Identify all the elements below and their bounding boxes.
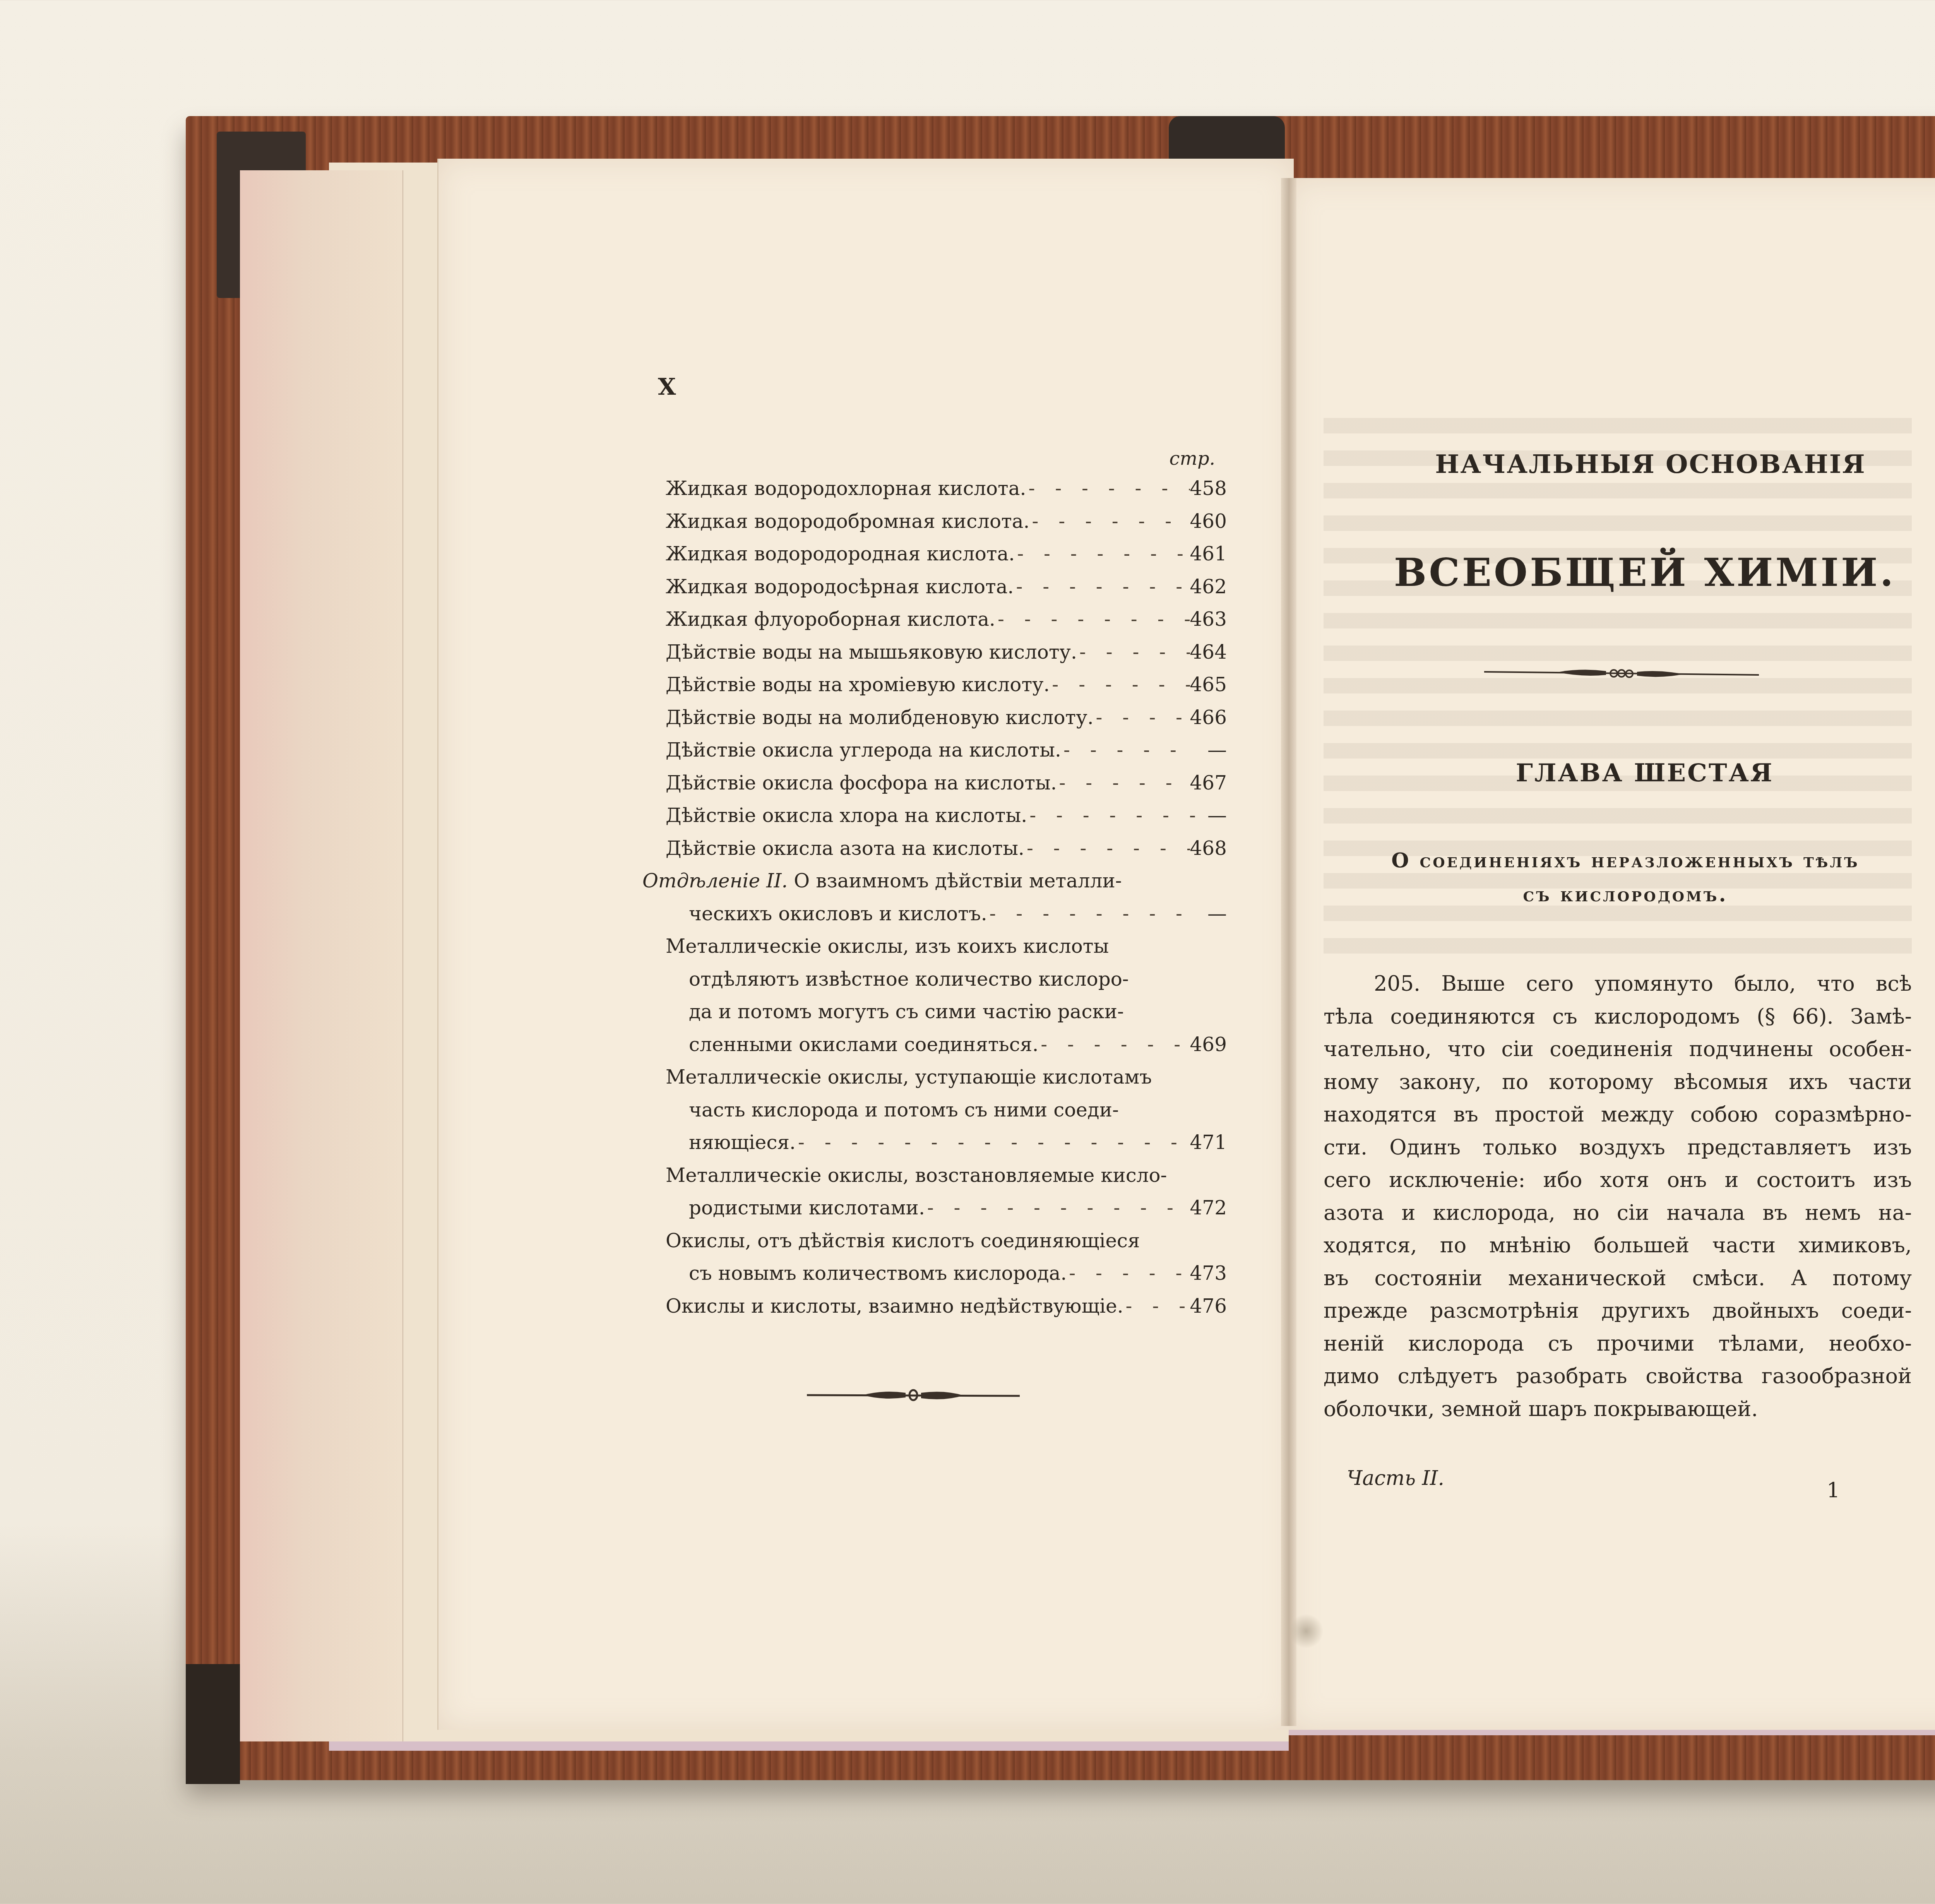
toc-entry-title: отдѣляютъ извѣстное количество кислоро-: [689, 963, 1129, 996]
toc-entry-title: да и потомъ могутъ съ сими частію раски-: [689, 995, 1124, 1028]
toc-entry: Дѣйствіе воды на хроміевую кислоту. - - …: [642, 668, 1227, 701]
body-line: сего исключеніе: ибо хотя онъ и состоитъ…: [1324, 1164, 1912, 1197]
toc-entry-title: Жидкая флуороборная кислота.: [666, 603, 995, 636]
toc-entry-title: Металлическіе окислы, уступающіе кислота…: [666, 1061, 1152, 1094]
toc-page-number: 473: [1190, 1257, 1227, 1290]
toc-dot-leader: - - - - - - - - - - - - - - - - - - - - …: [1024, 832, 1190, 865]
toc-dot-leader: - - - - - - - - - - - - - - - - - - - - …: [1038, 1028, 1190, 1061]
toc-entry: ческихъ окисловъ и кислотъ. - - - - - - …: [642, 897, 1227, 930]
toc-dot-leader: - - - - - - - - - - - - - - - - - - - - …: [1050, 668, 1190, 701]
toc-entry-title: Дѣйствіе окисла фосфора на кислоты.: [666, 767, 1057, 800]
toc-page-number: 466: [1190, 701, 1227, 734]
toc-entry-title: сленными окислами соединяться.: [689, 1028, 1038, 1061]
toc-entry-title: Окислы, отъ дѣйствія кислотъ соединяющіе…: [666, 1224, 1140, 1257]
toc-entry-title: Дѣйствіе воды на молибденовую кислоту.: [666, 701, 1094, 734]
body-line: оболочки, земной шаръ покрывающей.: [1324, 1393, 1912, 1426]
toc-page-number: —: [1196, 799, 1227, 832]
toc-entry-title: Дѣйствіе окисла азота на кислоты.: [666, 832, 1024, 865]
body-line: чательно, что сіи соединенія подчинены о…: [1324, 1033, 1912, 1066]
body-line: неній кислорода съ прочими тѣлами, необх…: [1324, 1327, 1912, 1360]
toc-entry: Окислы, отъ дѣйствія кислотъ соединяющіе…: [642, 1224, 1227, 1257]
chapter-subtitle-line: О соединеніяхъ неразложенныхъ тѣлъ: [1324, 844, 1927, 878]
toc-entry: Жидкая водородохлорная кислота. - - - - …: [642, 472, 1227, 505]
toc-entry-title: Металлическіе окислы, возстановляемые ки…: [666, 1159, 1167, 1192]
toc-dot-leader: - - - - - - - - - - - - - - - - - - - - …: [1067, 1257, 1190, 1290]
body-line: азота и кислорода, но сіи начала въ немъ…: [1324, 1197, 1912, 1229]
toc-entry-title: ческихъ окисловъ и кислотъ.: [689, 897, 987, 930]
toc-entry: Дѣйствіе окисла углерода на кислоты. - -…: [642, 734, 1227, 767]
toc-entry: Металлическіе окислы, изъ коихъ кислоты: [642, 930, 1227, 963]
toc-entry: да и потомъ могутъ съ сими частію раски-: [642, 995, 1227, 1028]
toc-entry: Металлическіе окислы, возстановляемые ки…: [642, 1159, 1227, 1192]
toc-page-number: 462: [1190, 570, 1227, 603]
body-paragraph: 205. Выше сего упомянуто было, что всѣтѣ…: [1324, 967, 1912, 1425]
ornament-divider: [805, 1387, 1022, 1403]
toc-dot-leader: - - - - - - - - - - - - - - - - - - - - …: [1061, 734, 1196, 767]
toc-section-label: Отдѣленіе II.: [642, 865, 788, 897]
toc-page-number: —: [1196, 897, 1227, 930]
toc-page-number: 464: [1190, 636, 1227, 669]
toc-entry-title: О взаимномъ дѣйствіи металли-: [794, 865, 1122, 897]
toc-page-number: 460: [1190, 505, 1227, 538]
toc-entry: Дѣйствіе окисла хлора на кислоты. - - - …: [642, 799, 1227, 832]
toc-entry-title: родистыми кислотами.: [689, 1192, 925, 1224]
toc-entry: Дѣйствіе окисла азота на кислоты. - - - …: [642, 832, 1227, 865]
toc-dot-leader: - - - - - - - - - - - - - - - - - - - - …: [1026, 472, 1190, 505]
toc-dot-leader: - - - - - - - - - - - - - - - - - - - - …: [987, 897, 1196, 930]
toc-page-number: —: [1196, 734, 1227, 767]
toc-entry: няющіеся. - - - - - - - - - - - - - - - …: [642, 1126, 1227, 1159]
toc-page-number: 467: [1190, 767, 1227, 800]
toc-entry-title: Дѣйствіе окисла хлора на кислоты.: [666, 799, 1027, 832]
toc-entry: отдѣляютъ извѣстное количество кислоро-: [642, 963, 1227, 996]
toc-page-number: 463: [1190, 603, 1227, 636]
endpaper: [240, 170, 403, 1741]
signature-mark: Часть II.: [1347, 1467, 1444, 1490]
toc-page-number: 458: [1190, 472, 1227, 505]
toc-dot-leader: - - - - - - - - - - - - - - - - - - - - …: [1094, 701, 1190, 734]
toc-dot-leader: - - - - - - - - - - - - - - - - - - - - …: [1014, 570, 1190, 603]
body-line: димо слѣдуетъ разобрать свойства газообр…: [1324, 1360, 1912, 1393]
toc-entry: Жидкая флуороборная кислота. - - - - - -…: [642, 603, 1227, 636]
body-line: ному закону, по которому вѣсомыя ихъ час…: [1324, 1066, 1912, 1099]
body-line: 205. Выше сего упомянуто было, что всѣ: [1324, 967, 1912, 1000]
toc-dot-leader: - - - - - - - - - - - - - - - - - - - - …: [1123, 1290, 1190, 1323]
toc-dot-leader: - - - - - - - - - - - - - - - - - - - - …: [796, 1126, 1190, 1159]
toc-dot-leader: - - - - - - - - - - - - - - - - - - - - …: [1057, 767, 1190, 800]
toc-page-number: 472: [1190, 1192, 1227, 1224]
toc-page-number: 468: [1190, 832, 1227, 865]
toc-entry-title: Жидкая водородосѣрная кислота.: [666, 570, 1014, 603]
toc-entry-title: Дѣйствіе воды на хроміевую кислоту.: [666, 668, 1050, 701]
toc-page-number: 465: [1190, 668, 1227, 701]
page-number: 1: [1827, 1478, 1840, 1503]
toc-page-column-header: стр.: [642, 445, 1227, 472]
chapter-subtitle-line: съ кислородомъ.: [1324, 878, 1927, 912]
toc-entry: Жидкая водородобромная кислота. - - - - …: [642, 505, 1227, 538]
body-line: прежде разсмотрѣнія другихъ двойныхъ сое…: [1324, 1294, 1912, 1327]
toc-entry-title: няющіеся.: [689, 1126, 796, 1159]
page-marker: X: [658, 373, 676, 401]
toc-entry: Дѣйствіе воды на мышьяковую кислоту. - -…: [642, 636, 1227, 669]
toc-entry-title: Дѣйствіе окисла углерода на кислоты.: [666, 734, 1061, 767]
body-line: тѣла соединяются съ кислородомъ (§ 66). …: [1324, 1000, 1912, 1033]
body-line: ходятся, по мнѣнію большей части химиков…: [1324, 1229, 1912, 1262]
body-line: сти. Одинъ только воздухъ представляетъ …: [1324, 1131, 1912, 1164]
cover-corner-leather: [186, 1664, 240, 1784]
toc-entry-title: часть кислорода и потомъ съ ними соеди-: [689, 1094, 1119, 1127]
toc-entry-title: Жидкая водородородная кислота.: [666, 538, 1015, 570]
book-gutter: [1281, 178, 1296, 1726]
book-title-line1: НАЧАЛЬНЫЯ ОСНОВАНІЯ: [1393, 449, 1908, 479]
chapter-subtitle: О соединеніяхъ неразложенныхъ тѣлъ съ ки…: [1324, 844, 1927, 912]
toc-page-number: 461: [1190, 538, 1227, 570]
toc-entry: Металлическіе окислы, уступающіе кислота…: [642, 1061, 1227, 1094]
toc-page-number: 469: [1190, 1028, 1227, 1061]
toc-page-number: 476: [1190, 1290, 1227, 1323]
toc-entry: Окислы и кислоты, взаимно недѣйствующіе.…: [642, 1290, 1227, 1323]
toc-dot-leader: - - - - - - - - - - - - - - - - - - - - …: [925, 1192, 1190, 1224]
toc-entry-title: Дѣйствіе воды на мышьяковую кислоту.: [666, 636, 1077, 669]
toc-dot-leader: - - - - - - - - - - - - - - - - - - - - …: [995, 603, 1190, 636]
table-of-contents: стр. Жидкая водородохлорная кислота. - -…: [642, 445, 1227, 1322]
toc-entry-title: Металлическіе окислы, изъ коихъ кислоты: [666, 930, 1109, 963]
toc-entry: Дѣйствіе воды на молибденовую кислоту. -…: [642, 701, 1227, 734]
book-title-line2: ВСЕОБЩЕЙ ХИМІИ.: [1335, 550, 1935, 595]
body-line: находятся въ простой между собою соразмѣ…: [1324, 1098, 1912, 1131]
ornament-divider: [1482, 666, 1761, 681]
toc-entry-title: Жидкая водородохлорная кислота.: [666, 472, 1026, 505]
toc-entry-title: Жидкая водородобромная кислота.: [666, 505, 1029, 538]
toc-entry: Жидкая водородосѣрная кислота. - - - - -…: [642, 570, 1227, 603]
toc-entry-title: съ новымъ количествомъ кислорода.: [689, 1257, 1067, 1290]
toc-entry: Жидкая водородородная кислота. - - - - -…: [642, 538, 1227, 570]
paper-stain: [1289, 1614, 1324, 1649]
toc-dot-leader: - - - - - - - - - - - - - - - - - - - - …: [1029, 505, 1190, 538]
toc-dot-leader: - - - - - - - - - - - - - - - - - - - - …: [1077, 636, 1190, 669]
toc-entry: родистыми кислотами. - - - - - - - - - -…: [642, 1192, 1227, 1224]
toc-entry: Дѣйствіе окисла фосфора на кислоты. - - …: [642, 767, 1227, 800]
toc-dot-leader: - - - - - - - - - - - - - - - - - - - - …: [1027, 799, 1196, 832]
chapter-heading: ГЛАВА ШЕСТАЯ: [1393, 759, 1896, 788]
toc-dot-leader: - - - - - - - - - - - - - - - - - - - - …: [1015, 538, 1190, 570]
toc-entry: Отдѣленіе II. О взаимномъ дѣйствіи метал…: [642, 865, 1227, 897]
toc-page-number: 471: [1190, 1126, 1227, 1159]
body-line: въ состояніи механической смѣси. А потом…: [1324, 1262, 1912, 1295]
toc-entry: съ новымъ количествомъ кислорода. - - - …: [642, 1257, 1227, 1290]
toc-entry: часть кислорода и потомъ съ ними соеди-: [642, 1094, 1227, 1127]
toc-entry-title: Окислы и кислоты, взаимно недѣйствующіе.: [666, 1290, 1123, 1323]
toc-entry: сленными окислами соединяться. - - - - -…: [642, 1028, 1227, 1061]
